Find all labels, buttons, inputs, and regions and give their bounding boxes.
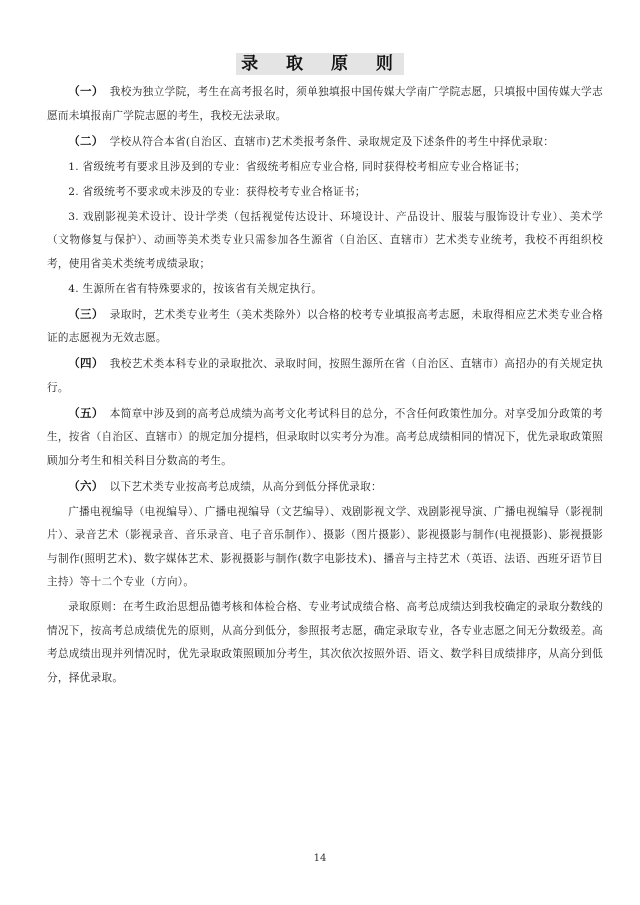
section-text: 学校从符合本省(自治区、直辖市)艺术类报考条件、录取规定及下述条件的考生中择优录… [110,136,555,148]
list-item-1: 1. 省级统考有要求且涉及到的专业：省级统考相应专业合格, 同时获得校考相应专业… [47,156,603,180]
section-text: 广播电视编导（电视编导）、广播电视编导（文艺编导）、戏剧影视文学、戏剧影视导演、… [47,506,603,589]
list-item-3: 3. 戏剧影视美术设计、设计学类（包括视觉传达设计、环境设计、产品设计、服装与服… [47,206,603,277]
section-lead: （一） [68,84,104,98]
section-text: 录取时，艺术类专业考生（美术类除外）以合格的校考专业填报高考志愿，未取得相应艺术… [47,309,603,345]
document-body: （一）我校为独立学院，考生在高考报名时，须单独填报中国传媒大学南广学院志愿，只填… [47,80,603,692]
admission-principle: 录取原则：在考生政治思想品德考核和体检合格、专业考试成绩合格、高考总成绩达到我校… [47,596,603,690]
section-1: （一）我校为独立学院，考生在高考报名时，须单独填报中国传媒大学南广学院志愿，只填… [47,80,603,128]
section-5: （五）本简章中涉及到的高考总成绩为高考文化考试科目的总分，不含任何政策性加分。对… [47,402,603,474]
section-3: （三）录取时，艺术类专业考生（美术类除外）以合格的校考专业填报高考志愿，未取得相… [47,303,603,351]
section-text: 我校艺术类本科专业的录取批次、录取时间，按照生源所在省（自治区、直辖市）高招办的… [47,358,603,394]
section-4: （四）我校艺术类本科专业的录取批次、录取时间，按照生源所在省（自治区、直辖市）高… [47,352,603,400]
page-number: 14 [0,853,640,864]
section-text: 3. 戏剧影视美术设计、设计学类（包括视觉传达设计、环境设计、产品设计、服装与服… [47,211,603,270]
section-text: 录取原则：在考生政治思想品德考核和体检合格、专业考试成绩合格、高考总成绩达到我校… [47,601,603,684]
document-page: 录 取 原 则 （一）我校为独立学院，考生在高考报名时，须单独填报中国传媒大学南… [0,0,640,905]
section-text: 1. 省级统考有要求且涉及到的专业：省级统考相应专业合格, 同时获得校考相应专业… [68,161,525,173]
page-title: 录 取 原 则 [236,53,404,75]
title-container: 录 取 原 则 [0,53,640,75]
section-text: 我校为独立学院，考生在高考报名时，须单独填报中国传媒大学南广学院志愿，只填报中国… [47,86,603,122]
list-item-4: 4. 生源所在省有特殊要求的，按该省有关规定执行。 [47,278,603,302]
list-item-2: 2. 省级统考不要求或未涉及的专业：获得校考专业合格证书； [47,181,603,205]
section-2: （二）学校从符合本省(自治区、直辖市)艺术类报考条件、录取规定及下述条件的考生中… [47,130,603,155]
section-text: 4. 生源所在省有特殊要求的，按该省有关规定执行。 [68,283,322,295]
section-text: 2. 省级统考不要求或未涉及的专业：获得校考专业合格证书； [68,186,366,198]
section-6: （六）以下艺术类专业按高考总成绩，从高分到低分择优录取： [47,475,603,500]
section-lead: （二） [68,134,103,148]
section-text: 本简章中涉及到的高考总成绩为高考文化考试科目的总分，不含任何政策性加分。对享受加… [47,408,603,467]
section-text: 以下艺术类专业按高考总成绩，从高分到低分择优录取： [110,481,382,493]
section-lead: （三） [68,307,104,321]
section-lead: （六） [68,479,103,493]
section-lead: （五） [68,406,104,420]
majors-list: 广播电视编导（电视编导）、广播电视编导（文艺编导）、戏剧影视文学、戏剧影视导演、… [47,501,603,595]
section-lead: （四） [68,356,104,370]
